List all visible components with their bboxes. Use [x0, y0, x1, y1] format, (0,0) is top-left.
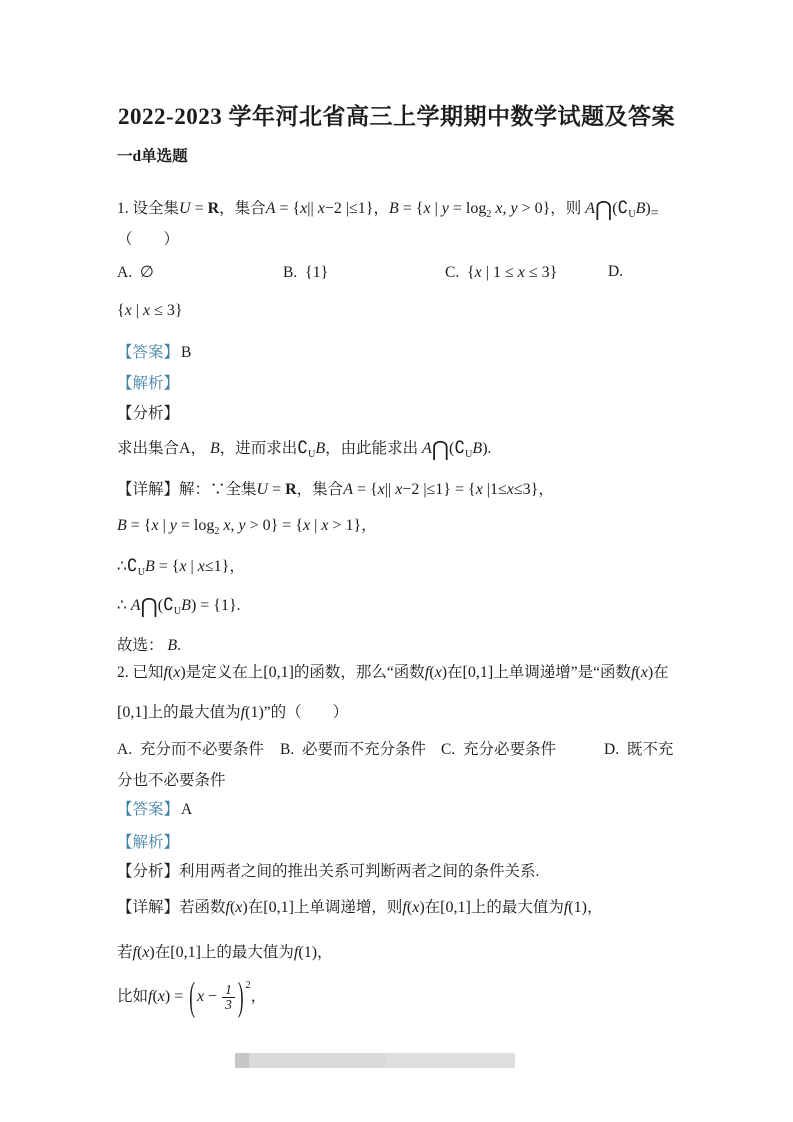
q2-option-a-value: 充分而不必要条件: [140, 741, 264, 758]
q2-analysis-label: 【解析】: [117, 832, 179, 854]
q1-conclusion: 故选： B.: [117, 634, 181, 657]
q1-method-label: 【分析】: [117, 403, 179, 425]
q2-option-d: D. 既不充: [604, 739, 673, 761]
q2-detail-line-3: 比如f(x) = (x − 13)2，: [117, 983, 266, 1012]
q2-option-b-label: B.: [280, 741, 294, 758]
q1-option-a: A. ∅: [117, 261, 154, 284]
q1-option-d-label: D.: [608, 263, 623, 280]
q1-detail-line-2: B = {x | y = log2 x, y > 0} = {x | x > 1…: [117, 514, 377, 537]
q1-answer-value: B: [181, 344, 191, 361]
q2-method-line: 【分析】利用两者之间的推出关系可判断两者之间的条件关系.: [117, 861, 539, 883]
q1-method-text: 求出集合A， B，进而求出∁UB，由此能求出 A⋂(∁UB).: [117, 436, 491, 461]
q1-analysis-label: 【解析】: [117, 373, 179, 395]
q1-answer-line: 【答案】B: [117, 342, 191, 364]
q2-answer-value: A: [181, 801, 192, 818]
q2-detail-line-2: 若f(x)在[0,1]上的最大值为f(1)，: [117, 941, 333, 964]
q1-detail-line-3: ∴∁UB = {x | x≤1}，: [117, 554, 245, 579]
q2-option-b-value: 必要而不充分条件: [302, 741, 426, 758]
q2-option-d-continuation: 分也不必要条件: [117, 770, 226, 792]
q2-option-a-label: A.: [117, 741, 132, 758]
redacted-watermark-bar: [235, 1053, 515, 1068]
q1-option-b: B. {1}: [283, 261, 328, 284]
q2-stem-line-1: 2. 已知f(x)是定义在上[0,1]的函数，那么“函数f(x)在[0,1]上单…: [117, 661, 669, 684]
section-heading: 一d单选题: [117, 146, 188, 168]
q1-option-b-label: B.: [283, 264, 297, 281]
q1-option-d: D.: [608, 261, 623, 283]
q2-option-c-value: 充分必要条件: [463, 741, 556, 758]
q1-option-c-label: C.: [445, 264, 459, 281]
q2-answer-label: 【答案】: [117, 801, 179, 818]
q2-answer-line: 【答案】A: [117, 799, 192, 821]
doc-title: 2022-2023 学年河北省高三上学期期中数学试题及答案: [0, 100, 793, 133]
q2-option-d-label: D.: [604, 741, 619, 758]
q2-option-b: B. 必要而不充分条件: [280, 739, 426, 761]
q1-option-a-value: ∅: [140, 264, 154, 281]
q1-option-c: C. {x | 1 ≤ x ≤ 3}: [445, 261, 557, 284]
q1-option-b-value: {1}: [305, 264, 328, 281]
q1-detail-line-1: 【详解】解：∵全集U = R，集合A = {x|| x−2 |≤1} = {x …: [117, 478, 554, 501]
q2-detail-line-1: 【详解】若函数f(x)在[0,1]上单调递增，则f(x)在[0,1]上的最大值为…: [117, 896, 602, 919]
q1-stem: 1. 设全集U = R，集合A = {x|| x−2 |≤1}，B = {x |…: [117, 196, 659, 224]
q2-option-c-label: C.: [441, 741, 455, 758]
q2-option-c: C. 充分必要条件: [441, 739, 556, 761]
q2-method-text: 利用两者之间的推出关系可判断两者之间的条件关系.: [179, 863, 539, 880]
q1-detail-line-4: ∴ A⋂(∁UB) = {1}.: [117, 593, 241, 618]
q1-option-a-label: A.: [117, 264, 132, 281]
q1-answer-label: 【答案】: [117, 344, 179, 361]
q2-option-a: A. 充分而不必要条件: [117, 739, 264, 761]
q1-answer-paren: （ ）: [117, 229, 179, 251]
q1-option-d-continuation: {x | x ≤ 3}: [117, 299, 183, 322]
exam-document-page: 2022-2023 学年河北省高三上学期期中数学试题及答案 一d单选题 1. 设…: [0, 0, 793, 1122]
q2-method-label: 【分析】: [117, 863, 179, 880]
q2-option-d-value: 既不充: [627, 741, 674, 758]
q1-option-c-value: {x | 1 ≤ x ≤ 3}: [467, 264, 557, 281]
q2-stem-line-2: [0,1]上的最大值为f(1)”的（ ）: [117, 701, 348, 724]
